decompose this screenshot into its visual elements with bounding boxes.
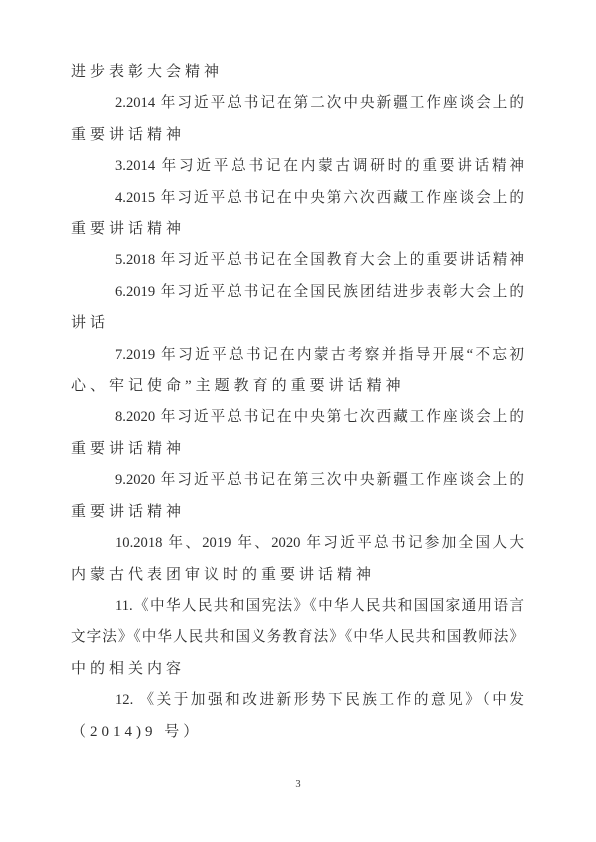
text-line: 内蒙古代表团审议时的重要讲话精神 [71,560,524,591]
text-line: 重要讲话精神 [71,497,524,528]
page-number: 3 [0,777,596,793]
page-body: 进步表彰大会精神2.2014 年习近平总书记在第二次中央新疆工作座谈会上的重要讲… [71,57,524,748]
text-line: 7.2019 年习近平总书记在内蒙古考察并指导开展“不忘初 [71,340,524,371]
text-line: 10.2018 年、2019 年、2020 年习近平总书记参加全国人大 [71,528,524,559]
text-line: 重要讲话精神 [71,434,524,465]
text-line: 11.《中华人民共和国宪法》《中华人民共和国国家通用语言 [71,591,524,622]
text-line: 9.2020 年习近平总书记在第三次中央新疆工作座谈会上的 [71,465,524,496]
text-line: 心、牢记使命”主题教育的重要讲话精神 [71,371,524,402]
text-line: 3.2014 年习近平总书记在内蒙古调研时的重要讲话精神 [71,151,524,182]
text-line: （2014)9 号） [71,717,524,748]
text-line: 12. 《关于加强和改进新形势下民族工作的意见》（中发 [71,685,524,716]
text-line: 5.2018 年习近平总书记在全国教育大会上的重要讲话精神 [71,245,524,276]
text-line: 文字法》《中华人民共和国义务教育法》《中华人民共和国教师法》 [71,622,524,653]
text-line: 重要讲话精神 [71,120,524,151]
text-line: 讲话 [71,308,524,339]
text-line: 中的相关内容 [71,654,524,685]
text-line: 8.2020 年习近平总书记在中央第七次西藏工作座谈会上的 [71,402,524,433]
text-line: 6.2019 年习近平总书记在全国民族团结进步表彰大会上的 [71,277,524,308]
text-line: 进步表彰大会精神 [71,57,524,88]
document-page: 进步表彰大会精神2.2014 年习近平总书记在第二次中央新疆工作座谈会上的重要讲… [0,0,596,842]
text-line: 4.2015 年习近平总书记在中央第六次西藏工作座谈会上的 [71,183,524,214]
text-line: 2.2014 年习近平总书记在第二次中央新疆工作座谈会上的 [71,88,524,119]
text-line: 重要讲话精神 [71,214,524,245]
